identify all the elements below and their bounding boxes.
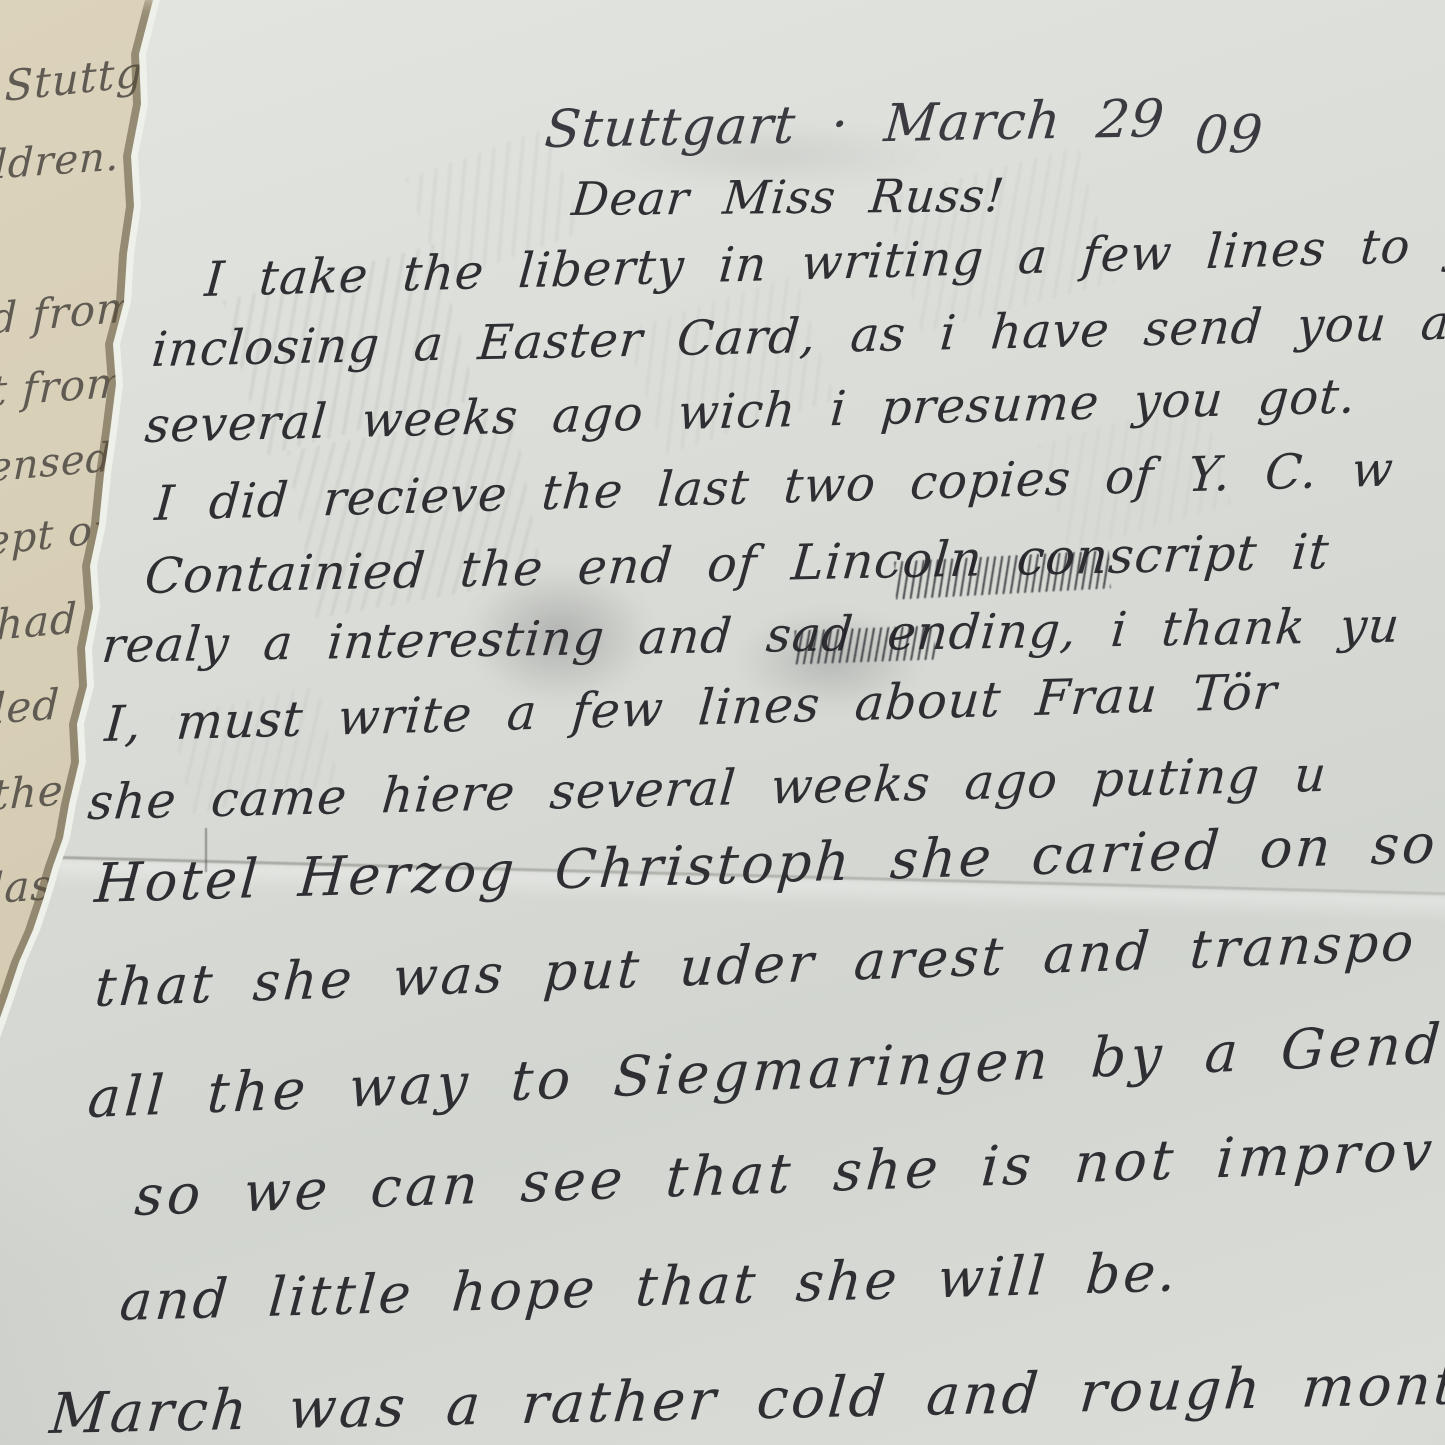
- background-letter-fragment: had: [0, 593, 78, 649]
- letter-line: I, must write a few lines about Frau Tör: [103, 663, 1280, 753]
- letter-line: she came hiere several weeks ago puting …: [86, 746, 1330, 831]
- letter-heading-year: 09: [1192, 105, 1265, 166]
- letter-heading: Stuttgart · March 29: [542, 89, 1167, 160]
- letter-line: I did recieve the last two copies of Y. …: [153, 441, 1396, 532]
- letter-line: realy a interesting and sad ending, i th…: [99, 598, 1402, 674]
- letter-salutation: Dear Miss Russ!: [569, 168, 1007, 226]
- letter-line: several weeks ago wich i presume you got…: [143, 368, 1359, 454]
- letter-line: inclosing a Easter Card, as i have send …: [150, 295, 1445, 378]
- letter-line: so we can see that she is not improv: [133, 1118, 1438, 1228]
- background-letter-fragment: the: [0, 765, 65, 819]
- letter-photo: Stuttgar ldren. d from t from ensed ept …: [0, 0, 1445, 1445]
- letter-line: I take the liberty in writing a few line…: [203, 216, 1445, 308]
- letter-page: Stuttgart · March 29 09 Dear Miss Russ! …: [0, 0, 1445, 1445]
- letter-line: March was a rather cold and rough mont: [47, 1352, 1445, 1445]
- letter-line: all the way to Siegmaringen by a Genda: [86, 1010, 1445, 1130]
- letter-line: Containied the end of Lincoln conscript …: [143, 523, 1332, 605]
- background-letter-fragment: led: [0, 680, 61, 734]
- background-letter-fragment: ldren.: [0, 134, 120, 189]
- letter-line: that she was put uder arest and transpo: [93, 912, 1419, 1019]
- letter-line: and little hope that she will be.: [118, 1240, 1182, 1333]
